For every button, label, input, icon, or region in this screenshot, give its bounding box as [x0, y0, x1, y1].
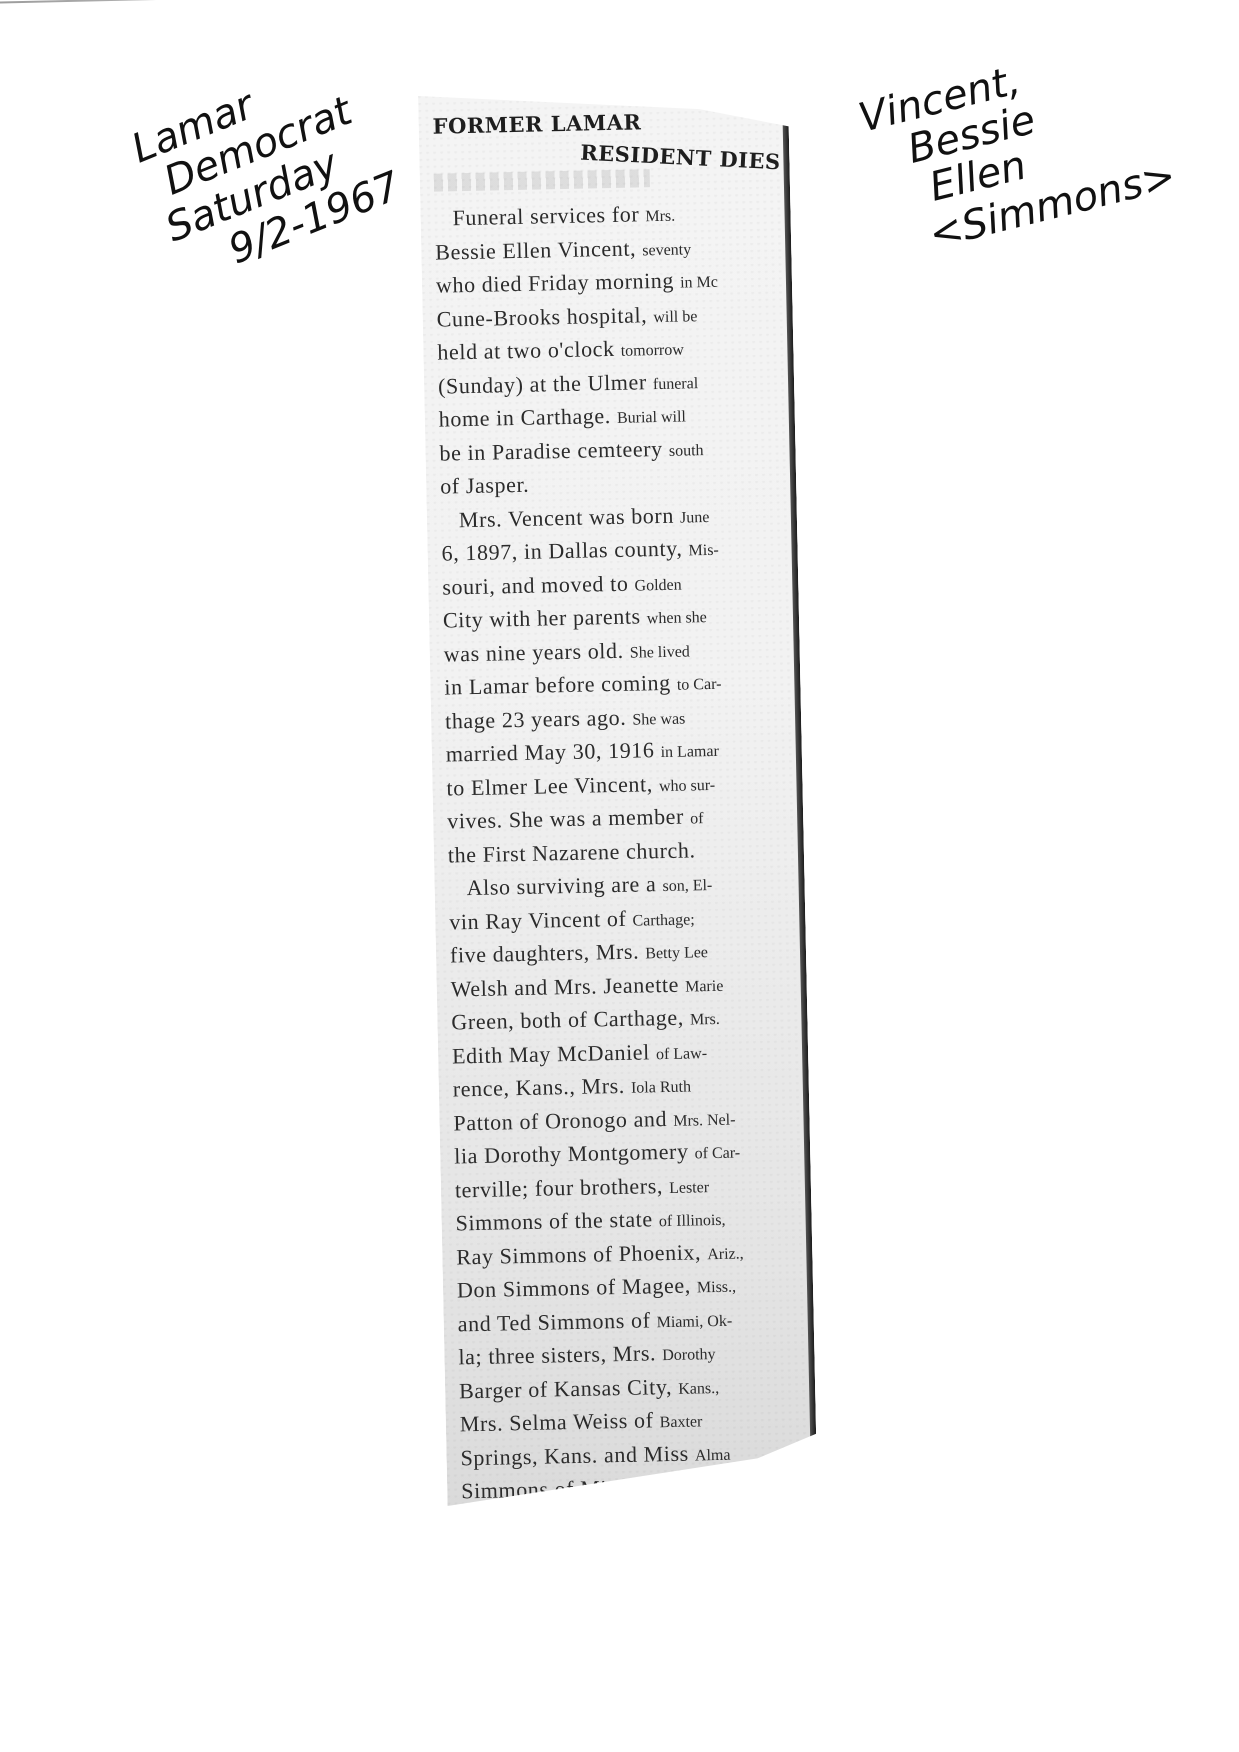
- obituary-line-text: children and 21 great: [462, 1508, 667, 1537]
- obituary-line-edge-text: seventy: [642, 241, 691, 259]
- obituary-line-text: lia Dorothy Montgomery: [454, 1138, 695, 1168]
- newspaper-clipping: FORMER LAMAR RESIDENT DIES Funeral servi…: [418, 88, 819, 1561]
- obituary-line-edge-text: of Car-: [695, 1144, 741, 1162]
- obituary-line-text: five daughters, Mrs.: [450, 938, 646, 967]
- obituary-line-edge-text: Mrs.: [690, 1011, 720, 1029]
- obituary-line: Simmons of Miami; 27 grand-: [461, 1469, 810, 1510]
- obituary-line-edge-text: Mrs.: [645, 208, 675, 226]
- handwritten-name-note: Vincent, Bessie Ellen <Simmons>: [855, 29, 1180, 265]
- obituary-line-text: vin Ray Vincent of: [449, 905, 633, 934]
- obituary-line-edge-text: Ariz.,: [707, 1245, 744, 1263]
- obituary-line-text: rence, Kans., Mrs.: [453, 1073, 632, 1102]
- obituary-line-edge-text: Mrs. Nel-: [673, 1111, 736, 1129]
- divider-rule: [573, 1591, 627, 1594]
- obituary-line-text: Cune-Brooks hospital,: [436, 302, 653, 332]
- obituary-line-edge-text: tomorrow: [621, 341, 684, 359]
- obituary-line-edge-text: Mis-: [688, 542, 719, 560]
- obituary-line-edge-text: She lived: [630, 643, 690, 661]
- obituary-line-text: terville; four brothers,: [455, 1172, 670, 1201]
- obituary-line-edge-text: of: [690, 810, 704, 827]
- obituary-line-edge-text: Kans.,: [678, 1379, 719, 1397]
- obituary-line-text: Springs, Kans. and Miss: [460, 1440, 695, 1470]
- obituary-line: Springs, Kans. and Miss Alma: [460, 1436, 809, 1477]
- obituary-line-text: Edith May McDaniel: [452, 1039, 656, 1068]
- obituary-line-text: Also surviving are a: [466, 871, 662, 900]
- obituary-line-edge-text: Miami, Ok-: [656, 1312, 732, 1331]
- obituary-line-text: Simmons of Miami; 27: [461, 1474, 684, 1504]
- obituary-line-text: home in Carthage.: [439, 403, 618, 432]
- obituary-line: children and 21 great grandchil-: [462, 1503, 811, 1544]
- obituary-line-edge-text: to Car-: [677, 676, 722, 694]
- divider-rule: [640, 1590, 694, 1593]
- obituary-line-text: held at two o'clock: [437, 336, 621, 365]
- faded-subheading: [434, 169, 650, 192]
- obituary-line-edge-text: funeral: [653, 375, 699, 393]
- obituary-line-text: Ray Simmons of Phoenix,: [456, 1239, 707, 1269]
- obituary-line-text: souri, and moved to: [442, 570, 635, 599]
- obituary-line-text: 6, 1897, in Dallas county,: [441, 535, 688, 565]
- obituary-line-edge-text: Baxter: [660, 1413, 703, 1431]
- obituary-line-text: la; three sisters, Mrs.: [458, 1340, 662, 1369]
- obituary-line-edge-text: Lester: [669, 1179, 709, 1197]
- obituary-line-text: and Ted Simmons of: [457, 1307, 656, 1336]
- obituary-line-text: Barger of Kansas City,: [459, 1373, 679, 1403]
- obituary-line-edge-text: who sur-: [659, 776, 715, 794]
- obituary-line-text: dren.: [462, 1544, 510, 1570]
- obituary-line-text: to Elmer Lee Vincent,: [446, 771, 659, 800]
- obituary-line-edge-text: Miss.,: [697, 1279, 736, 1297]
- end-divider: o: [573, 1582, 693, 1603]
- obituary-line-edge-text: June: [680, 508, 710, 526]
- obituary-line-edge-text: Betty Lee: [645, 944, 708, 962]
- obituary-line-text: in Lamar before coming: [444, 670, 677, 700]
- obituary-line-edge-text: in Mc: [680, 274, 718, 292]
- obituary-line: dren.: [462, 1536, 811, 1577]
- obituary-line-text: Mrs. Selma Weiss of: [460, 1407, 660, 1436]
- obituary-line-text: Funeral services for: [452, 201, 645, 230]
- obituary-line-edge-text: of Illinois,: [659, 1212, 726, 1230]
- obituary-line-edge-text: of Law-: [656, 1045, 707, 1063]
- handwritten-source-note: Lamar Democrat Saturday 9/2-1967: [108, 45, 406, 297]
- obituary-line-edge-text: Carthage;: [632, 911, 695, 929]
- obituary-line-text: of Jasper.: [440, 472, 530, 499]
- obituary-line-text: married May 30, 1916: [446, 737, 661, 766]
- obituary-line-text: be in Paradise cemteery: [439, 435, 669, 465]
- obituary-line-text: vives. She was a member: [447, 803, 690, 833]
- obituary-line-text: Simmons of the state: [455, 1206, 659, 1235]
- obituary-line-text: Patton of Oronogo and: [453, 1105, 673, 1135]
- obituary-line-edge-text: when she: [647, 609, 707, 627]
- obituary-line-text: City with her parents: [443, 603, 647, 632]
- obituary-line-text: Don Simmons of Magee,: [457, 1272, 697, 1302]
- obituary-line-text: who died Friday morning: [436, 268, 681, 298]
- obituary-line-text: Green, both of Carthage,: [451, 1005, 690, 1035]
- obituary-line-edge-text: Dorothy: [662, 1346, 716, 1364]
- obituary-line-edge-text: south: [669, 442, 704, 460]
- obituary-line-edge-text: son, El-: [662, 877, 712, 895]
- divider-mark: o: [627, 1583, 640, 1601]
- obituary-line-edge-text: Alma: [695, 1446, 731, 1464]
- obituary-line-text: Bessie Ellen Vincent,: [435, 235, 642, 264]
- obituary-line-text: thage 23 years ago.: [445, 704, 633, 733]
- obituary-line-edge-text: Iola Ruth: [631, 1079, 691, 1097]
- obituary-line-edge-text: will be: [653, 308, 697, 326]
- scanned-page-edge: [0, 0, 460, 4]
- obituary-line-edge-text: Marie: [685, 977, 724, 995]
- obituary-line-text: was nine years old.: [443, 637, 630, 666]
- obituary-line-text: Welsh and Mrs. Jeanette: [450, 971, 685, 1001]
- obituary-line-edge-text: grandchil-: [667, 1513, 733, 1531]
- obituary-line-edge-text: grand-: [684, 1480, 726, 1498]
- obituary-line-text: (Sunday) at the Ulmer: [438, 369, 653, 398]
- obituary-line-edge-text: Burial will: [617, 408, 686, 426]
- headline-line-1: FORMER LAMAR: [432, 106, 780, 138]
- obituary-line-text: Mrs. Vencent was born: [459, 502, 681, 532]
- obituary-body: Funeral services for Mrs.Bessie Ellen Vi…: [434, 196, 811, 1576]
- obituary-line-edge-text: Golden: [634, 576, 681, 594]
- obituary-line-edge-text: in Lamar: [660, 743, 719, 761]
- obituary-line-text: the First Nazarene church.: [448, 837, 696, 867]
- obituary-line-edge-text: She was: [632, 710, 685, 728]
